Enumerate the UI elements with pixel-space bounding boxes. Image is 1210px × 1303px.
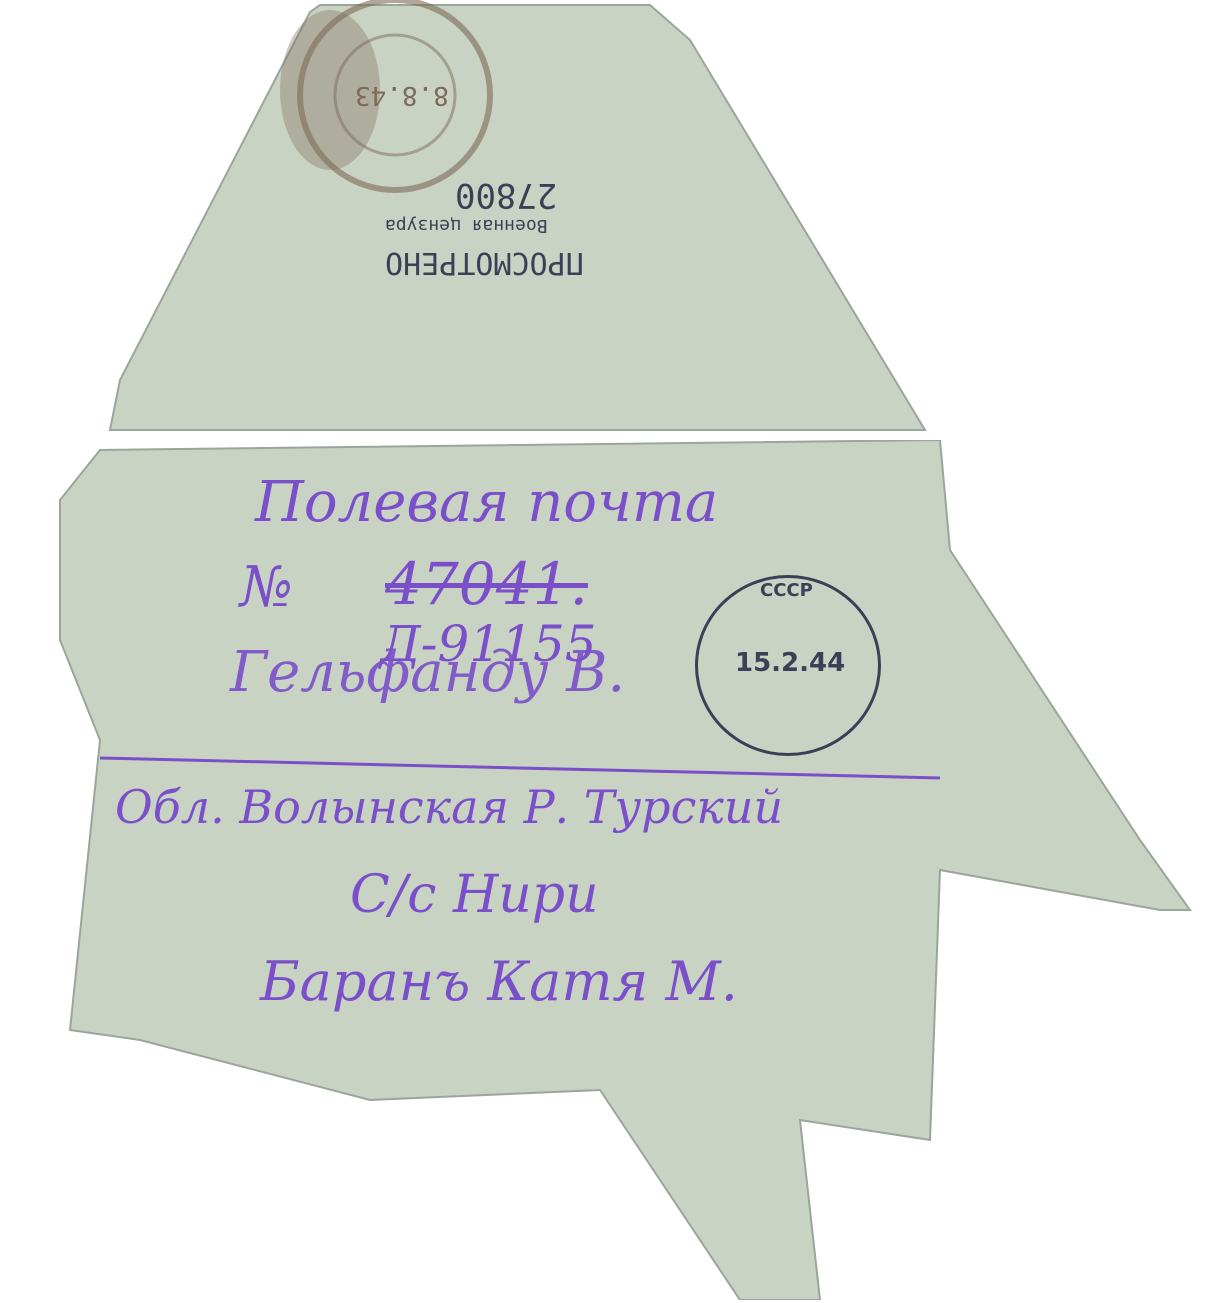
return-address-village: С/с Нири — [350, 865, 599, 925]
envelope-front — [40, 440, 1210, 1300]
censor-line2: ПРОСМОТРЕНО — [385, 245, 584, 280]
postmark-date-back: 8.8.43 — [355, 80, 449, 110]
front-postmark-date: 15.2.44 — [735, 648, 845, 678]
return-address-region: Обл. Волынская Р. Турский — [115, 780, 783, 834]
censor-line1: Военная цензура — [385, 215, 548, 236]
address-number-prefix: № — [240, 555, 293, 620]
censor-number: 27800 — [455, 175, 557, 215]
address-line-field-post: Полевая почта — [255, 470, 718, 535]
front-postmark-top: СССР — [760, 580, 813, 601]
address-recipient: Гельфанду В. — [230, 640, 625, 705]
return-address-sender: Баранъ Катя М. — [260, 950, 738, 1013]
address-number-crossed: 47041. — [385, 550, 588, 618]
